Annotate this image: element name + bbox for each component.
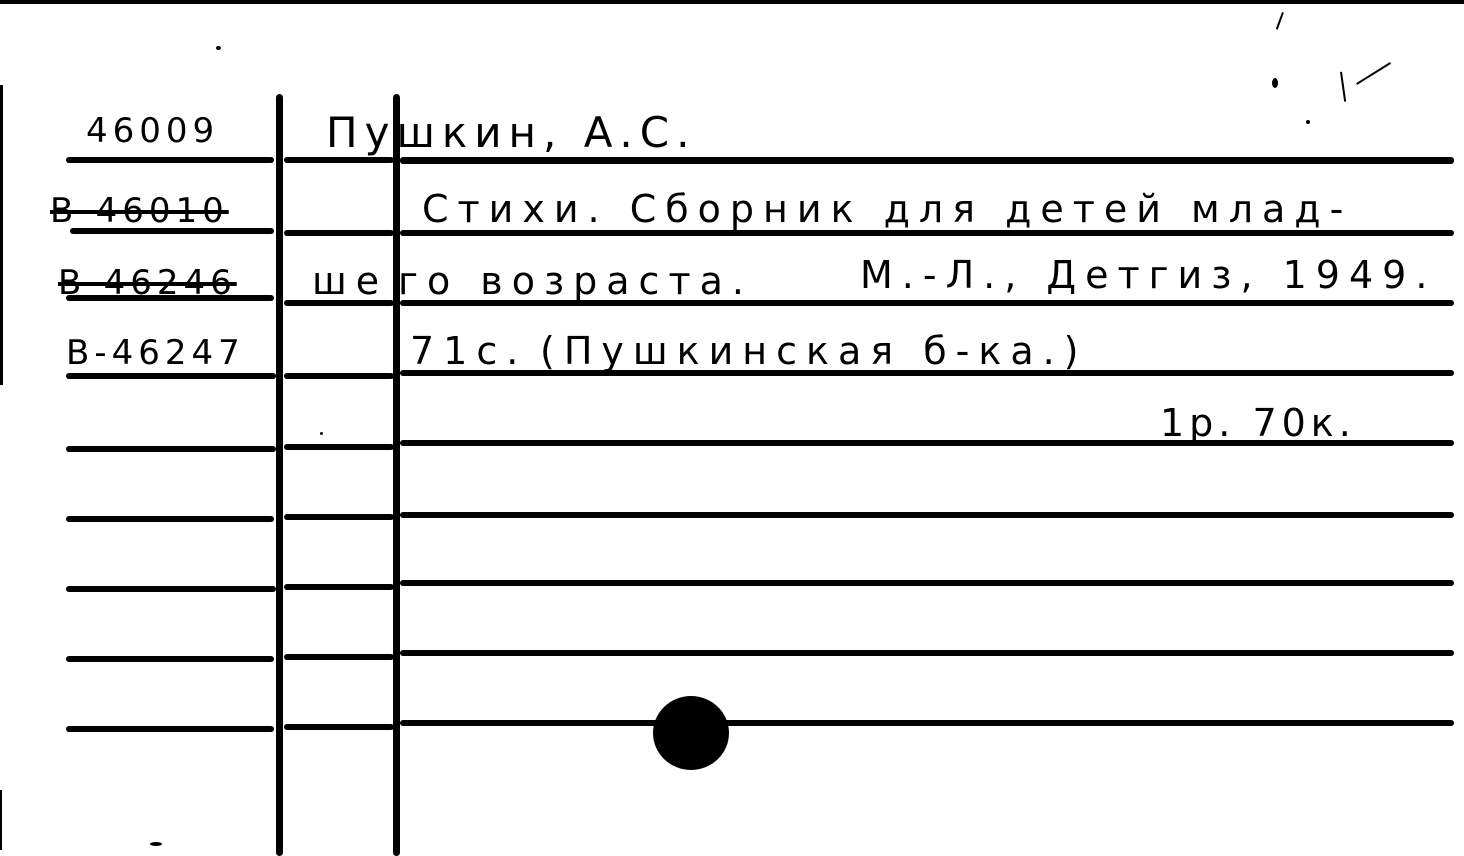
ruled-line — [66, 726, 274, 732]
inventory-number: В-46247 — [66, 336, 245, 370]
series: (Пушкинская б-ка.) — [540, 332, 1088, 370]
ruled-line — [284, 584, 394, 590]
column-rule-left — [276, 94, 283, 856]
ruled-line — [400, 580, 1454, 586]
ruled-line — [400, 650, 1454, 656]
ruled-line — [284, 444, 394, 450]
scan-edge — [0, 790, 2, 850]
column-rule-middle — [393, 94, 400, 856]
title-line-1: Стихи. Сборник для детей млад- — [422, 190, 1352, 228]
scan-speck — [320, 432, 323, 435]
catalog-card: 46009 В-46010 В-46246 В-46247 Пушкин, А.… — [0, 0, 1464, 856]
price: 1р. 70к. — [1160, 404, 1356, 442]
scan-speck — [150, 842, 162, 846]
scan-edge — [0, 85, 3, 385]
ruled-line — [284, 514, 394, 520]
ruled-line — [400, 512, 1454, 518]
ruled-line — [400, 720, 1454, 726]
scan-mark — [1356, 62, 1391, 85]
imprint: М.-Л., Детгиз, 1949. — [860, 256, 1436, 294]
ruled-line — [284, 724, 394, 730]
author-heading: Пушкин, А.С. — [326, 112, 696, 154]
ruled-line — [66, 373, 276, 379]
scan-edge — [0, 0, 1464, 4]
scan-speck — [216, 46, 221, 50]
title-line-2-prefix: ше — [312, 262, 388, 300]
ruled-line — [66, 656, 274, 662]
inventory-number-struck: В-46246 — [58, 266, 237, 300]
ruled-line — [66, 157, 274, 163]
ruled-line — [400, 157, 1454, 164]
inventory-number-struck: В-46010 — [50, 194, 229, 228]
ruled-line — [284, 157, 394, 163]
ruled-line — [66, 586, 276, 592]
ruled-line — [284, 654, 394, 660]
pagination: 71с. — [410, 332, 527, 370]
ruled-line — [284, 230, 394, 236]
punch-hole — [653, 696, 729, 770]
ruled-line — [66, 446, 276, 452]
scan-speck — [1272, 78, 1278, 88]
title-line-2: го возраста. — [398, 262, 753, 300]
inventory-number: 46009 — [86, 114, 219, 148]
ruled-line — [66, 516, 274, 522]
scan-mark — [1276, 12, 1284, 30]
ruled-line — [284, 373, 394, 379]
scan-speck — [1306, 120, 1310, 124]
scan-mark — [1340, 72, 1346, 102]
